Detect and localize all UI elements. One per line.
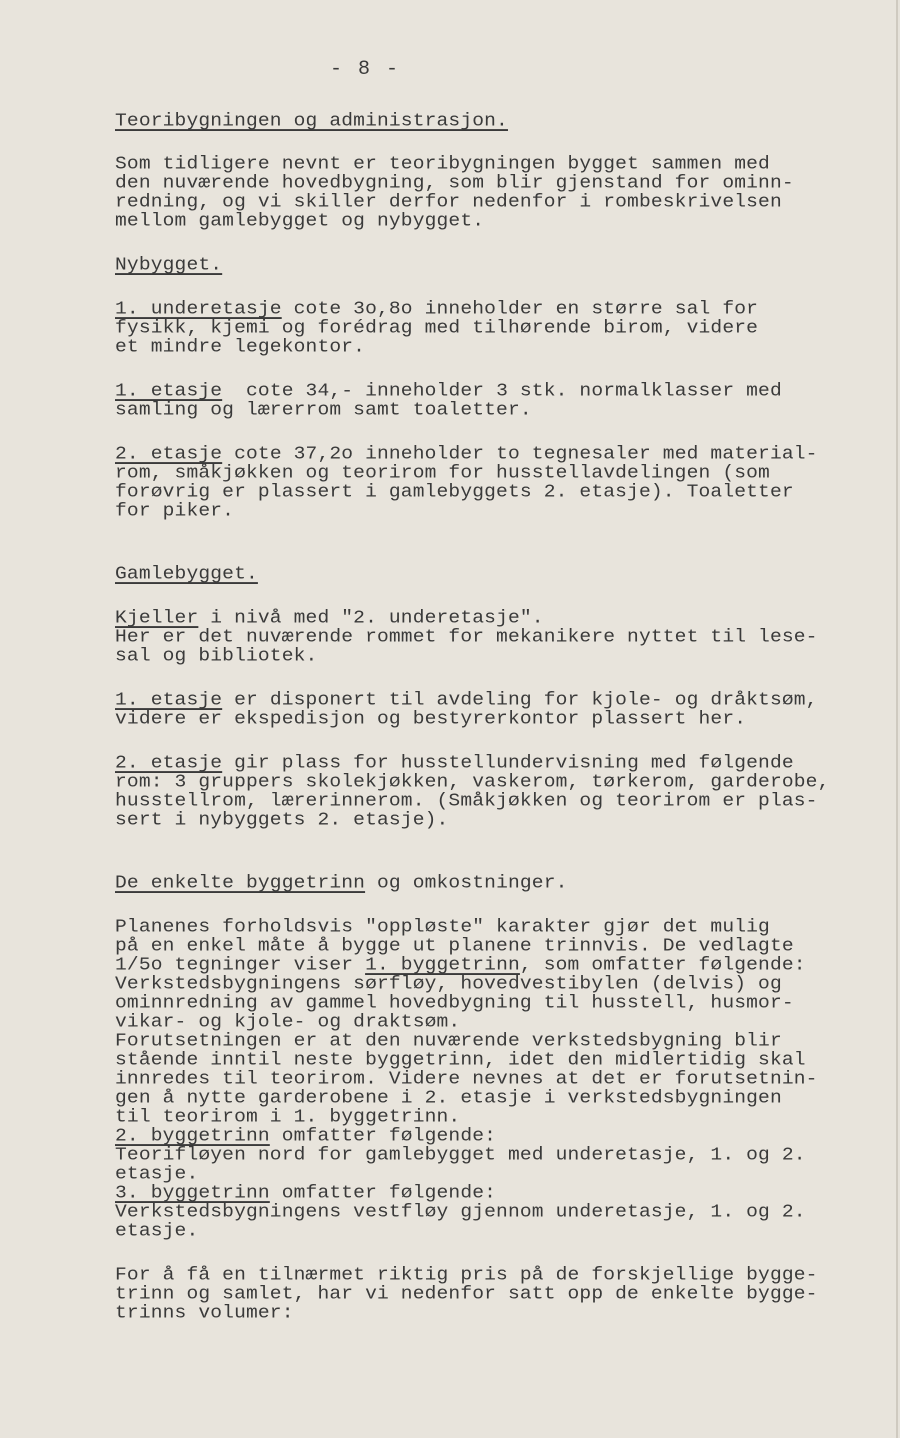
underlined-heading: 2. etasje (115, 443, 222, 464)
text-segment: den nuværende hovedbygning, som blir gje… (115, 172, 794, 193)
text-line: rom: 3 gruppers skolekjøkken, vaskerom, … (115, 773, 830, 791)
text-segment: rom, småkjøkken og teorirom for husstell… (115, 462, 770, 483)
text-line: 1. underetasje cote 3o,8o inneholder en … (115, 300, 758, 318)
text-segment: i nivå med "2. underetasje". (198, 607, 543, 628)
text-line: for piker. (115, 502, 234, 520)
text-segment: trinns volumer: (115, 1302, 294, 1323)
text-segment: samling og lærerrom samt toaletter. (115, 399, 532, 420)
text-line: 3. byggetrinn omfatter følgende: (115, 1184, 496, 1202)
underlined-heading: 1. etasje (115, 689, 222, 710)
text-segment: husstellrom, lærerinnerom. (Småkjøkken o… (115, 790, 818, 811)
text-segment: ominnredning av gammel hovedbygning til … (115, 992, 794, 1013)
text-line: samling og lærerrom samt toaletter. (115, 401, 532, 419)
text-segment: et mindre legekontor. (115, 336, 365, 357)
text-segment: etasje. (115, 1220, 198, 1241)
underlined-heading: Nybygget. (115, 254, 222, 275)
text-line: Her er det nuværende rommet for mekanike… (115, 628, 818, 646)
text-segment: etasje. (115, 1163, 198, 1184)
text-line: husstellrom, lærerinnerom. (Småkjøkken o… (115, 792, 818, 810)
text-line: etasje. (115, 1222, 198, 1240)
text-line: sert i nybyggets 2. etasje). (115, 811, 448, 829)
text-line: Verkstedsbygningens sørfløy, hovedvestib… (115, 975, 782, 993)
text-line: videre er ekspedisjon og bestyrerkontor … (115, 710, 746, 728)
text-line: sal og bibliotek. (115, 647, 317, 665)
text-line: Planenes forholdsvis "oppløste" karakter… (115, 918, 770, 936)
text-line: Gamlebygget. (115, 565, 258, 583)
text-line: Forutsetningen er at den nuværende verks… (115, 1032, 782, 1050)
text-line: et mindre legekontor. (115, 338, 365, 356)
text-segment: Her er det nuværende rommet for mekanike… (115, 626, 818, 647)
underlined-heading: 3. byggetrinn (115, 1182, 270, 1203)
text-line: rom, småkjøkken og teorirom for husstell… (115, 464, 770, 482)
text-segment: cote 37,2o inneholder to tegnesaler med … (222, 443, 817, 464)
text-line: den nuværende hovedbygning, som blir gje… (115, 174, 794, 192)
text-line: Som tidligere nevnt er teoribygningen by… (115, 155, 770, 173)
text-segment: fysikk, kjemi og forédrag med tilhørende… (115, 317, 758, 338)
page-number: - 8 - (330, 58, 400, 81)
text-line: Kjeller i nivå med "2. underetasje". (115, 609, 544, 627)
text-line: 1. etasje er disponert til avdeling for … (115, 691, 818, 709)
underlined-heading: Kjeller (115, 607, 198, 628)
underlined-heading: 1. underetasje (115, 298, 282, 319)
text-segment: rom: 3 gruppers skolekjøkken, vaskerom, … (115, 771, 830, 792)
underlined-heading: Gamlebygget. (115, 563, 258, 584)
text-line: trinn og samlet, har vi nedenfor satt op… (115, 1285, 818, 1303)
underlined-heading: De enkelte byggetrinn (115, 872, 365, 893)
underlined-heading: 1. etasje (115, 380, 222, 401)
text-segment: Teorifløyen nord for gamlebygget med und… (115, 1144, 806, 1165)
text-segment: Planenes forholdsvis "oppløste" karakter… (115, 916, 770, 937)
text-line: ominnredning av gammel hovedbygning til … (115, 994, 794, 1012)
text-line: stående inntil neste byggetrinn, idet de… (115, 1051, 806, 1069)
text-line: Teoribygningen og administrasjon. (115, 112, 508, 130)
document-page: - 8 - Teoribygningen og administrasjon.S… (0, 0, 898, 1438)
text-segment: videre er ekspedisjon og bestyrerkontor … (115, 708, 746, 729)
text-segment: sert i nybyggets 2. etasje). (115, 809, 448, 830)
text-segment: cote 34,- inneholder 3 stk. normalklasse… (222, 380, 782, 401)
text-line: Nybygget. (115, 256, 222, 274)
text-line: redning, og vi skiller derfor nedenfor i… (115, 193, 782, 211)
text-segment: vikar- og kjole- og draktsøm. (115, 1011, 460, 1032)
text-segment: er disponert til avdeling for kjole- og … (222, 689, 817, 710)
text-line: 2. etasje cote 37,2o inneholder to tegne… (115, 445, 818, 463)
text-segment: , som omfatter følgende: (520, 954, 806, 975)
text-line: på en enkel måte å bygge ut planene trin… (115, 937, 794, 955)
text-segment: innredes til teorirom. Videre nevnes at … (115, 1068, 818, 1089)
text-segment: omfatter følgende: (270, 1182, 496, 1203)
text-segment: omfatter følgende: (270, 1125, 496, 1146)
text-segment: for piker. (115, 500, 234, 521)
text-line: etasje. (115, 1165, 198, 1183)
text-segment: og omkostninger. (365, 872, 567, 893)
text-line: fysikk, kjemi og forédrag med tilhørende… (115, 319, 758, 337)
text-segment: gen å nytte garderobene i 2. etasje i ve… (115, 1087, 782, 1108)
text-line: Verkstedsbygningens vestfløy gjennom und… (115, 1203, 806, 1221)
text-line: trinns volumer: (115, 1304, 294, 1322)
text-line: 2. byggetrinn omfatter følgende: (115, 1127, 496, 1145)
text-line: vikar- og kjole- og draktsøm. (115, 1013, 460, 1031)
text-segment: redning, og vi skiller derfor nedenfor i… (115, 191, 782, 212)
text-segment: til teorirom i 1. byggetrinn. (115, 1106, 460, 1127)
text-segment: Som tidligere nevnt er teoribygningen by… (115, 153, 770, 174)
underlined-heading: 1. byggetrinn (365, 954, 520, 975)
underlined-heading: Teoribygningen og administrasjon. (115, 110, 508, 131)
text-line: 1/5o tegninger viser 1. byggetrinn, som … (115, 956, 806, 974)
text-segment: på en enkel måte å bygge ut planene trin… (115, 935, 794, 956)
text-segment: gir plass for husstellundervisning med f… (222, 752, 794, 773)
text-segment: cote 3o,8o inneholder en større sal for (282, 298, 758, 319)
text-line: Teorifløyen nord for gamlebygget med und… (115, 1146, 806, 1164)
text-line: 2. etasje gir plass for husstellundervis… (115, 754, 794, 772)
text-line: mellom gamlebygget og nybygget. (115, 212, 484, 230)
text-segment: stående inntil neste byggetrinn, idet de… (115, 1049, 806, 1070)
text-line: gen å nytte garderobene i 2. etasje i ve… (115, 1089, 782, 1107)
text-segment: Forutsetningen er at den nuværende verks… (115, 1030, 782, 1051)
text-segment: For å få en tilnærmet riktig pris på de … (115, 1264, 818, 1285)
text-line: innredes til teorirom. Videre nevnes at … (115, 1070, 818, 1088)
text-line: For å få en tilnærmet riktig pris på de … (115, 1266, 818, 1284)
underlined-heading: 2. etasje (115, 752, 222, 773)
text-segment: sal og bibliotek. (115, 645, 317, 666)
text-segment: Verkstedsbygningens vestfløy gjennom und… (115, 1201, 806, 1222)
text-segment: mellom gamlebygget og nybygget. (115, 210, 484, 231)
text-line: De enkelte byggetrinn og omkostninger. (115, 874, 568, 892)
text-segment: 1/5o tegninger viser (115, 954, 365, 975)
text-line: til teorirom i 1. byggetrinn. (115, 1108, 460, 1126)
text-segment: forøvrig er plassert i gamlebyggets 2. e… (115, 481, 794, 502)
underlined-heading: 2. byggetrinn (115, 1125, 270, 1146)
text-line: 1. etasje cote 34,- inneholder 3 stk. no… (115, 382, 782, 400)
text-segment: trinn og samlet, har vi nedenfor satt op… (115, 1283, 818, 1304)
text-line: forøvrig er plassert i gamlebyggets 2. e… (115, 483, 794, 501)
text-segment: Verkstedsbygningens sørfløy, hovedvestib… (115, 973, 782, 994)
